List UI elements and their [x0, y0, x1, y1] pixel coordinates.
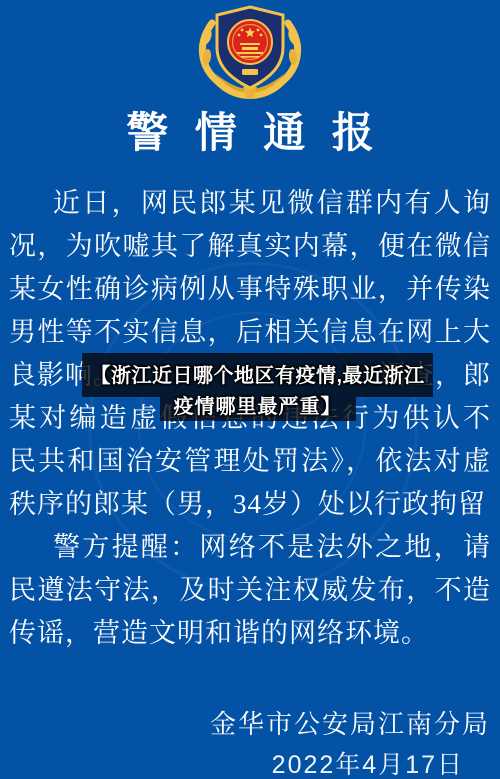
- body-line: 传谣，营造文明和谐的网络环境。: [9, 612, 491, 655]
- bulletin-title: 警 情 通 报: [0, 100, 500, 160]
- body-line: 民共和国治安管理处罚法》，依法对虚构事实扰乱公共: [9, 440, 491, 483]
- body-line: 警方提醒：网络不是法外之地，请广大市民、网: [9, 526, 491, 569]
- caption-overlay: 【浙江近日哪个地区有疫情,最近浙江 疫情哪里最严重】: [82, 353, 433, 421]
- body-line: 民遵法守法，及时关注权威发布，不造谣、不信谣、不: [9, 569, 491, 612]
- body-line: 秩序的郎某（男，34岁）处以行政拘留的处罚。: [9, 483, 491, 526]
- caption-line-2: 疫情哪里最严重】: [160, 397, 356, 421]
- body-line: 况，为吹嘘其了解真实内幕，便在微信群内发布婺城区: [9, 225, 491, 268]
- body-line: 近日，网民郎某见微信群内有人询问金华疫情情: [9, 182, 491, 225]
- body-line: 某女性确诊病例从事特殊职业，并传染给87名服务过的: [9, 268, 491, 311]
- caption-line-1: 【浙江近日哪个地区有疫情,最近浙江: [82, 353, 433, 397]
- issue-date: 2022年4月17日: [272, 745, 464, 779]
- police-bulletin-page: 警 情 通 报 近日，网民郎某见微信群内有人询问金华疫情情 况，为吹嘘其了解真实…: [0, 0, 500, 779]
- issuing-authority: 金华市公安局江南分局: [210, 704, 490, 741]
- police-badge-icon: [191, 3, 309, 105]
- body-line: 男性等不实信息，后相关信息在网上大量传播，造成不: [9, 311, 491, 354]
